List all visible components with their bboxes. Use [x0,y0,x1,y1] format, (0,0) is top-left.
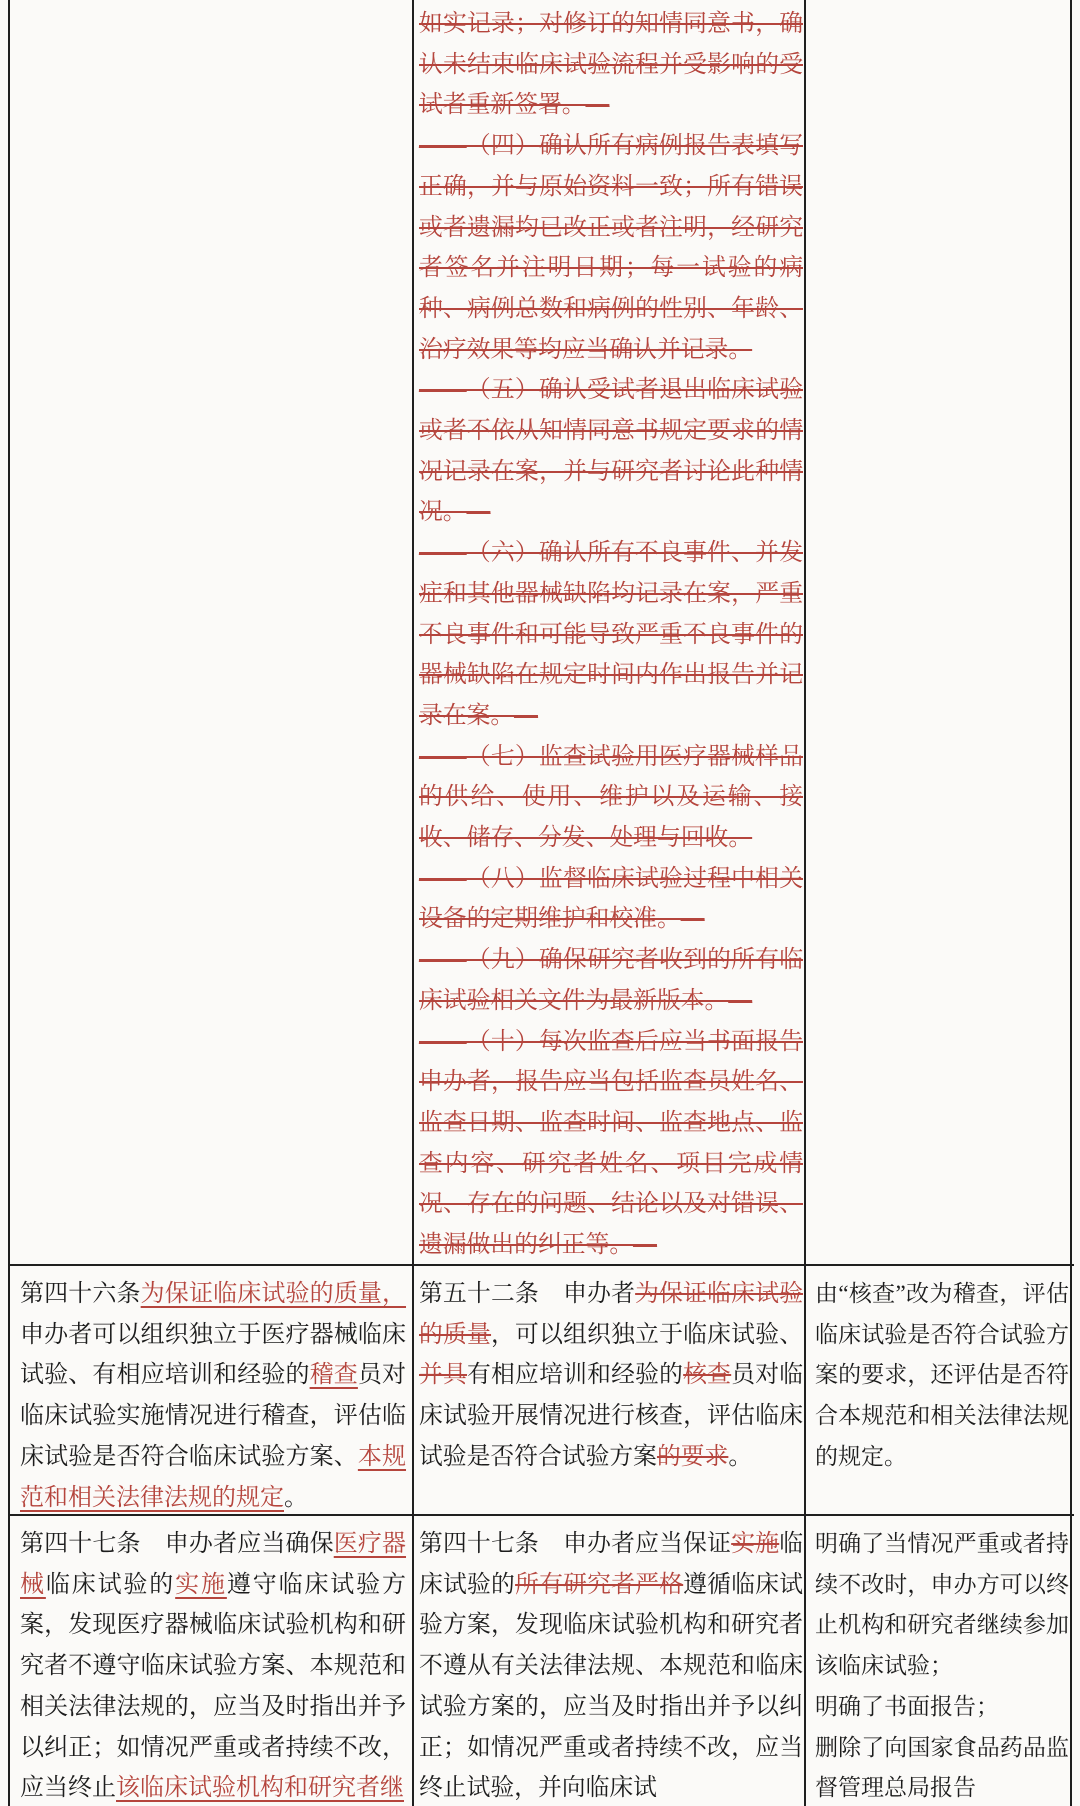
text-run: 明确了当情况严重或者持续不改时，申办方可以终止机构和研究者继续参加该临床试验； [815,1531,1069,1678]
table-cell-r1c3-empty [806,0,1074,1266]
deleted-text-run: ——（六）确认所有不良事件、并发症和其他器械缺陷均记录在案，严重不良事件和可能导… [419,540,803,729]
text-run: 删除了向国家食品药品监督管理总局报告 [815,1735,1069,1801]
paragraph: 第四十七条 申办者应当确保医疗器械临床试验的实施遵守临床试验方案，发现医疗器械临… [20,1524,406,1806]
deleted-text-run: 并具 [419,1362,467,1388]
paragraph: 删除了向国家食品药品监督管理总局报告 [815,1728,1069,1806]
paragraph: 第五十二条 申办者为保证临床试验的质量，可以组织独立于临床试验、并具有相应培训和… [419,1274,803,1478]
table-cell-r1c2-old-text-deleted: 如实记录；对修订的知情同意书，确认未结束临床试验流程并受影响的受试者重新签署。—… [414,0,806,1266]
paragraph: 明确了书面报告； [815,1687,1069,1728]
table-cell-r1c1-empty [10,0,414,1266]
text-run: 有相应培训和经验的 [467,1362,683,1388]
text-run: 遵循临床试验方案，发现临床试验机构和研究者不遵从有关法律法规、本规范和临床试验方… [419,1572,803,1802]
deleted-text-run: ——（十）每次监查后应当书面报告申办者，报告应当包括监查员姓名、监查日期、监查时… [419,1029,803,1259]
inserted-text-run: 该临床试验机构和研究者继 [116,1775,404,1801]
table-cell-r3c3-change-note: 明确了当情况严重或者持续不改时，申办方可以终止机构和研究者继续参加该临床试验； … [806,1516,1074,1806]
deleted-text-run: 核查 [683,1362,731,1388]
text-run: ，可以组织独立于临床试验、 [491,1322,803,1348]
paragraph: 明确了当情况严重或者持续不改时，申办方可以终止机构和研究者继续参加该临床试验； [815,1524,1069,1687]
text-run: 第四十六条 [20,1281,141,1307]
deleted-text-run: ——（九）确保研究者收到的所有临床试验相关文件为最新版本。— [419,947,803,1014]
table-cell-r3c2-article-47-old: 第四十七条 申办者应当保证实施临床试验的所有研究者严格遵循临床试验方案，发现临床… [414,1516,806,1806]
deleted-text-run: ——（七）监查试验用医疗器械样品的供给、使用、维护以及运输、接收、储存、分发、处… [419,744,803,851]
inserted-text-run: 稽查 [310,1362,358,1388]
deleted-text-run: ——（四）确认所有病例报告表填写正确，并与原始资料一致；所有错误或者遗漏均已改正… [419,133,803,363]
text-run: 明确了书面报告； [815,1694,999,1719]
text-run: 由“核查”改为稽查，评估临床试验是否符合试验方案的要求，还评估是否符合本规范和相… [815,1281,1069,1469]
deleted-text-run: 的要求 [657,1444,728,1470]
text-run: 。 [728,1444,752,1470]
paragraph: 由“核查”改为稽查，评估临床试验是否符合试验方案的要求，还评估是否符合本规范和相… [815,1274,1069,1478]
comparison-table: 如实记录；对修订的知情同意书，确认未结束临床试验流程并受影响的受试者重新签署。—… [8,0,1072,1806]
table-cell-r3c1-article-47-new: 第四十七条 申办者应当确保医疗器械临床试验的实施遵守临床试验方案，发现医疗器械临… [10,1516,414,1806]
paragraph: ——（九）确保研究者收到的所有临床试验相关文件为最新版本。— [419,940,803,1021]
paragraph: ——（八）监督临床试验过程中相关设备的定期维护和校准。— [419,859,803,940]
text-run: 第五十二条 申办者 [419,1281,635,1307]
text-run: 。 [284,1485,308,1511]
deleted-text-run: ——（八）监督临床试验过程中相关设备的定期维护和校准。— [419,866,803,933]
deleted-text-run: 如实记录；对修订的知情同意书，确认未结束临床试验流程并受影响的受试者重新签署。— [419,11,803,118]
paragraph: ——（五）确认受试者退出临床试验或者不依从知情同意书规定要求的情况记录在案，并与… [419,370,803,533]
deleted-text-run: 实施 [731,1531,779,1557]
deleted-text-run: ——（五）确认受试者退出临床试验或者不依从知情同意书规定要求的情况记录在案，并与… [419,377,803,525]
table-cell-r2c1-article-46-new: 第四十六条为保证临床试验的质量，申办者可以组织独立于医疗器械临床试验、有相应培训… [10,1266,414,1516]
paragraph: ——（七）监查试验用医疗器械样品的供给、使用、维护以及运输、接收、储存、分发、处… [419,737,803,859]
text-run: 第四十七条 申办者应当确保 [20,1531,334,1557]
deleted-text-run: 所有研究者严格 [515,1572,683,1598]
paragraph: ——（六）确认所有不良事件、并发症和其他器械缺陷均记录在案，严重不良事件和可能导… [419,533,803,737]
paragraph: ——（四）确认所有病例报告表填写正确，并与原始资料一致；所有错误或者遗漏均已改正… [419,126,803,370]
paragraph: 如实记录；对修订的知情同意书，确认未结束临床试验流程并受影响的受试者重新签署。— [419,4,803,126]
inserted-text-run: 为保证临床试验的质量， [141,1281,406,1307]
paragraph: 第四十七条 申办者应当保证实施临床试验的所有研究者严格遵循临床试验方案，发现临床… [419,1524,803,1806]
paragraph: ——（十）每次监查后应当书面报告申办者，报告应当包括监查员姓名、监查日期、监查时… [419,1022,803,1266]
inserted-text-run: 实施 [175,1572,227,1598]
table-cell-r2c3-change-note: 由“核查”改为稽查，评估临床试验是否符合试验方案的要求，还评估是否符合本规范和相… [806,1266,1074,1516]
text-run: 临床试验的 [46,1572,175,1598]
text-run: 遵守临床试验方案，发现医疗器械临床试验机构和研究者不遵守临床试验方案、本规范和相… [20,1572,406,1802]
table-cell-r2c2-article-52-old: 第五十二条 申办者为保证临床试验的质量，可以组织独立于临床试验、并具有相应培训和… [414,1266,806,1516]
paragraph: 第四十六条为保证临床试验的质量，申办者可以组织独立于医疗器械临床试验、有相应培训… [20,1274,406,1516]
document-page: 如实记录；对修订的知情同意书，确认未结束临床试验流程并受影响的受试者重新签署。—… [0,0,1080,1806]
text-run: 第四十七条 申办者应当保证 [419,1531,731,1557]
